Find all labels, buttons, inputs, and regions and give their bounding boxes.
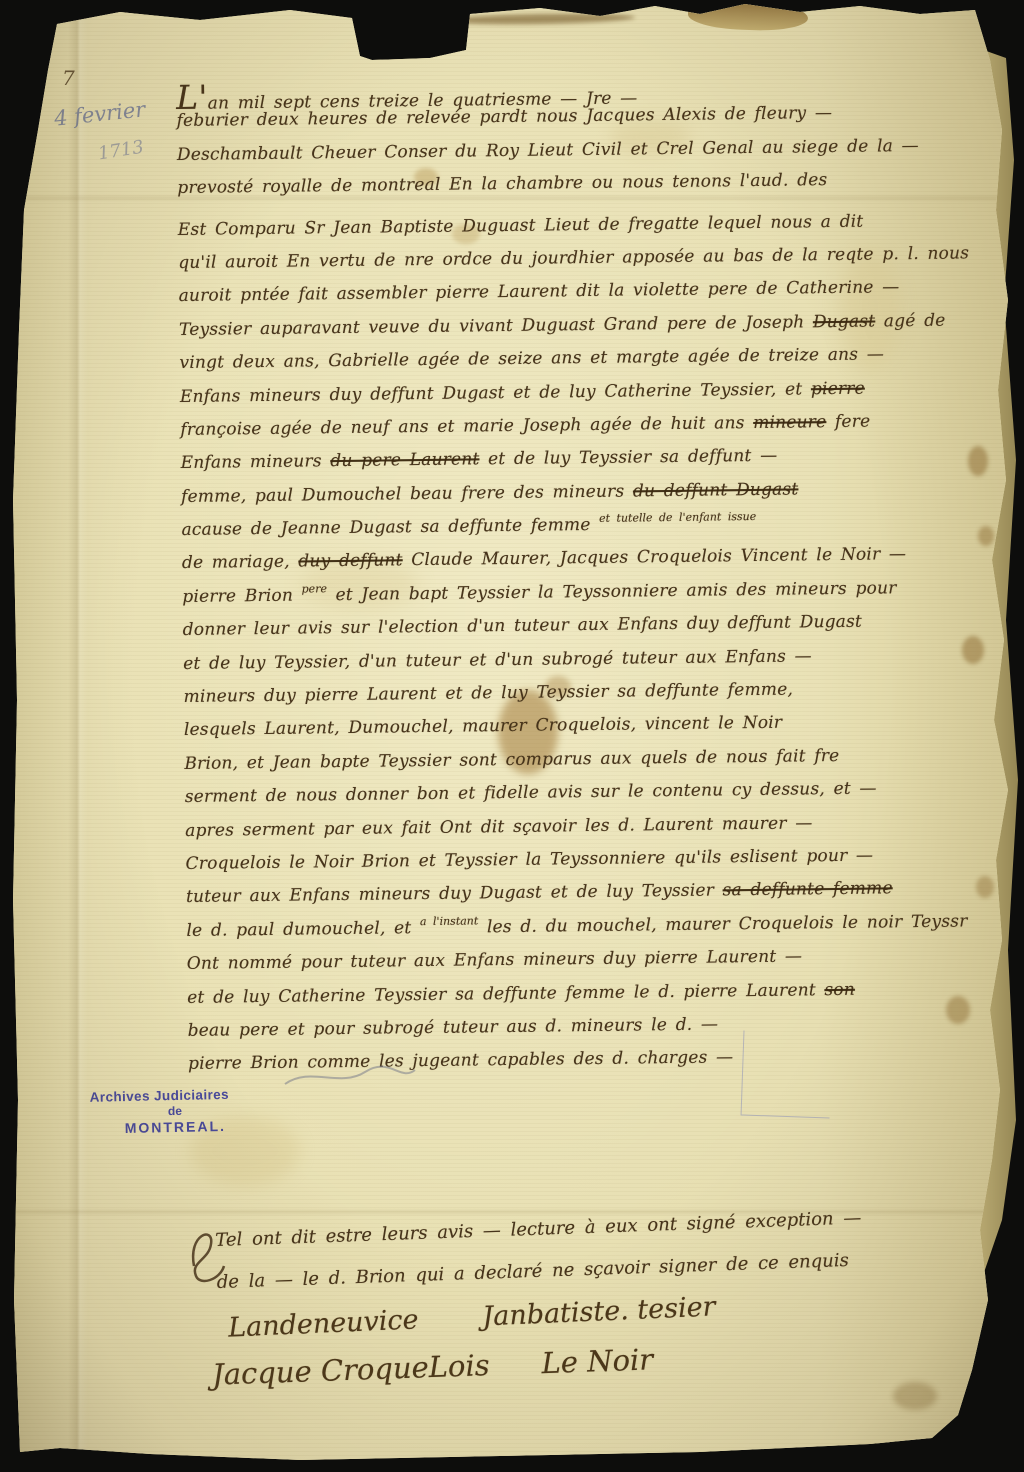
scan-background: 7 4 fevrier 1713 L'an mil sept cens trei… bbox=[0, 0, 1024, 1472]
edge-vignette bbox=[0, 0, 1024, 1472]
manuscript-page: 7 4 fevrier 1713 L'an mil sept cens trei… bbox=[0, 0, 1024, 1472]
torn-paper-flap bbox=[363, 18, 437, 53]
